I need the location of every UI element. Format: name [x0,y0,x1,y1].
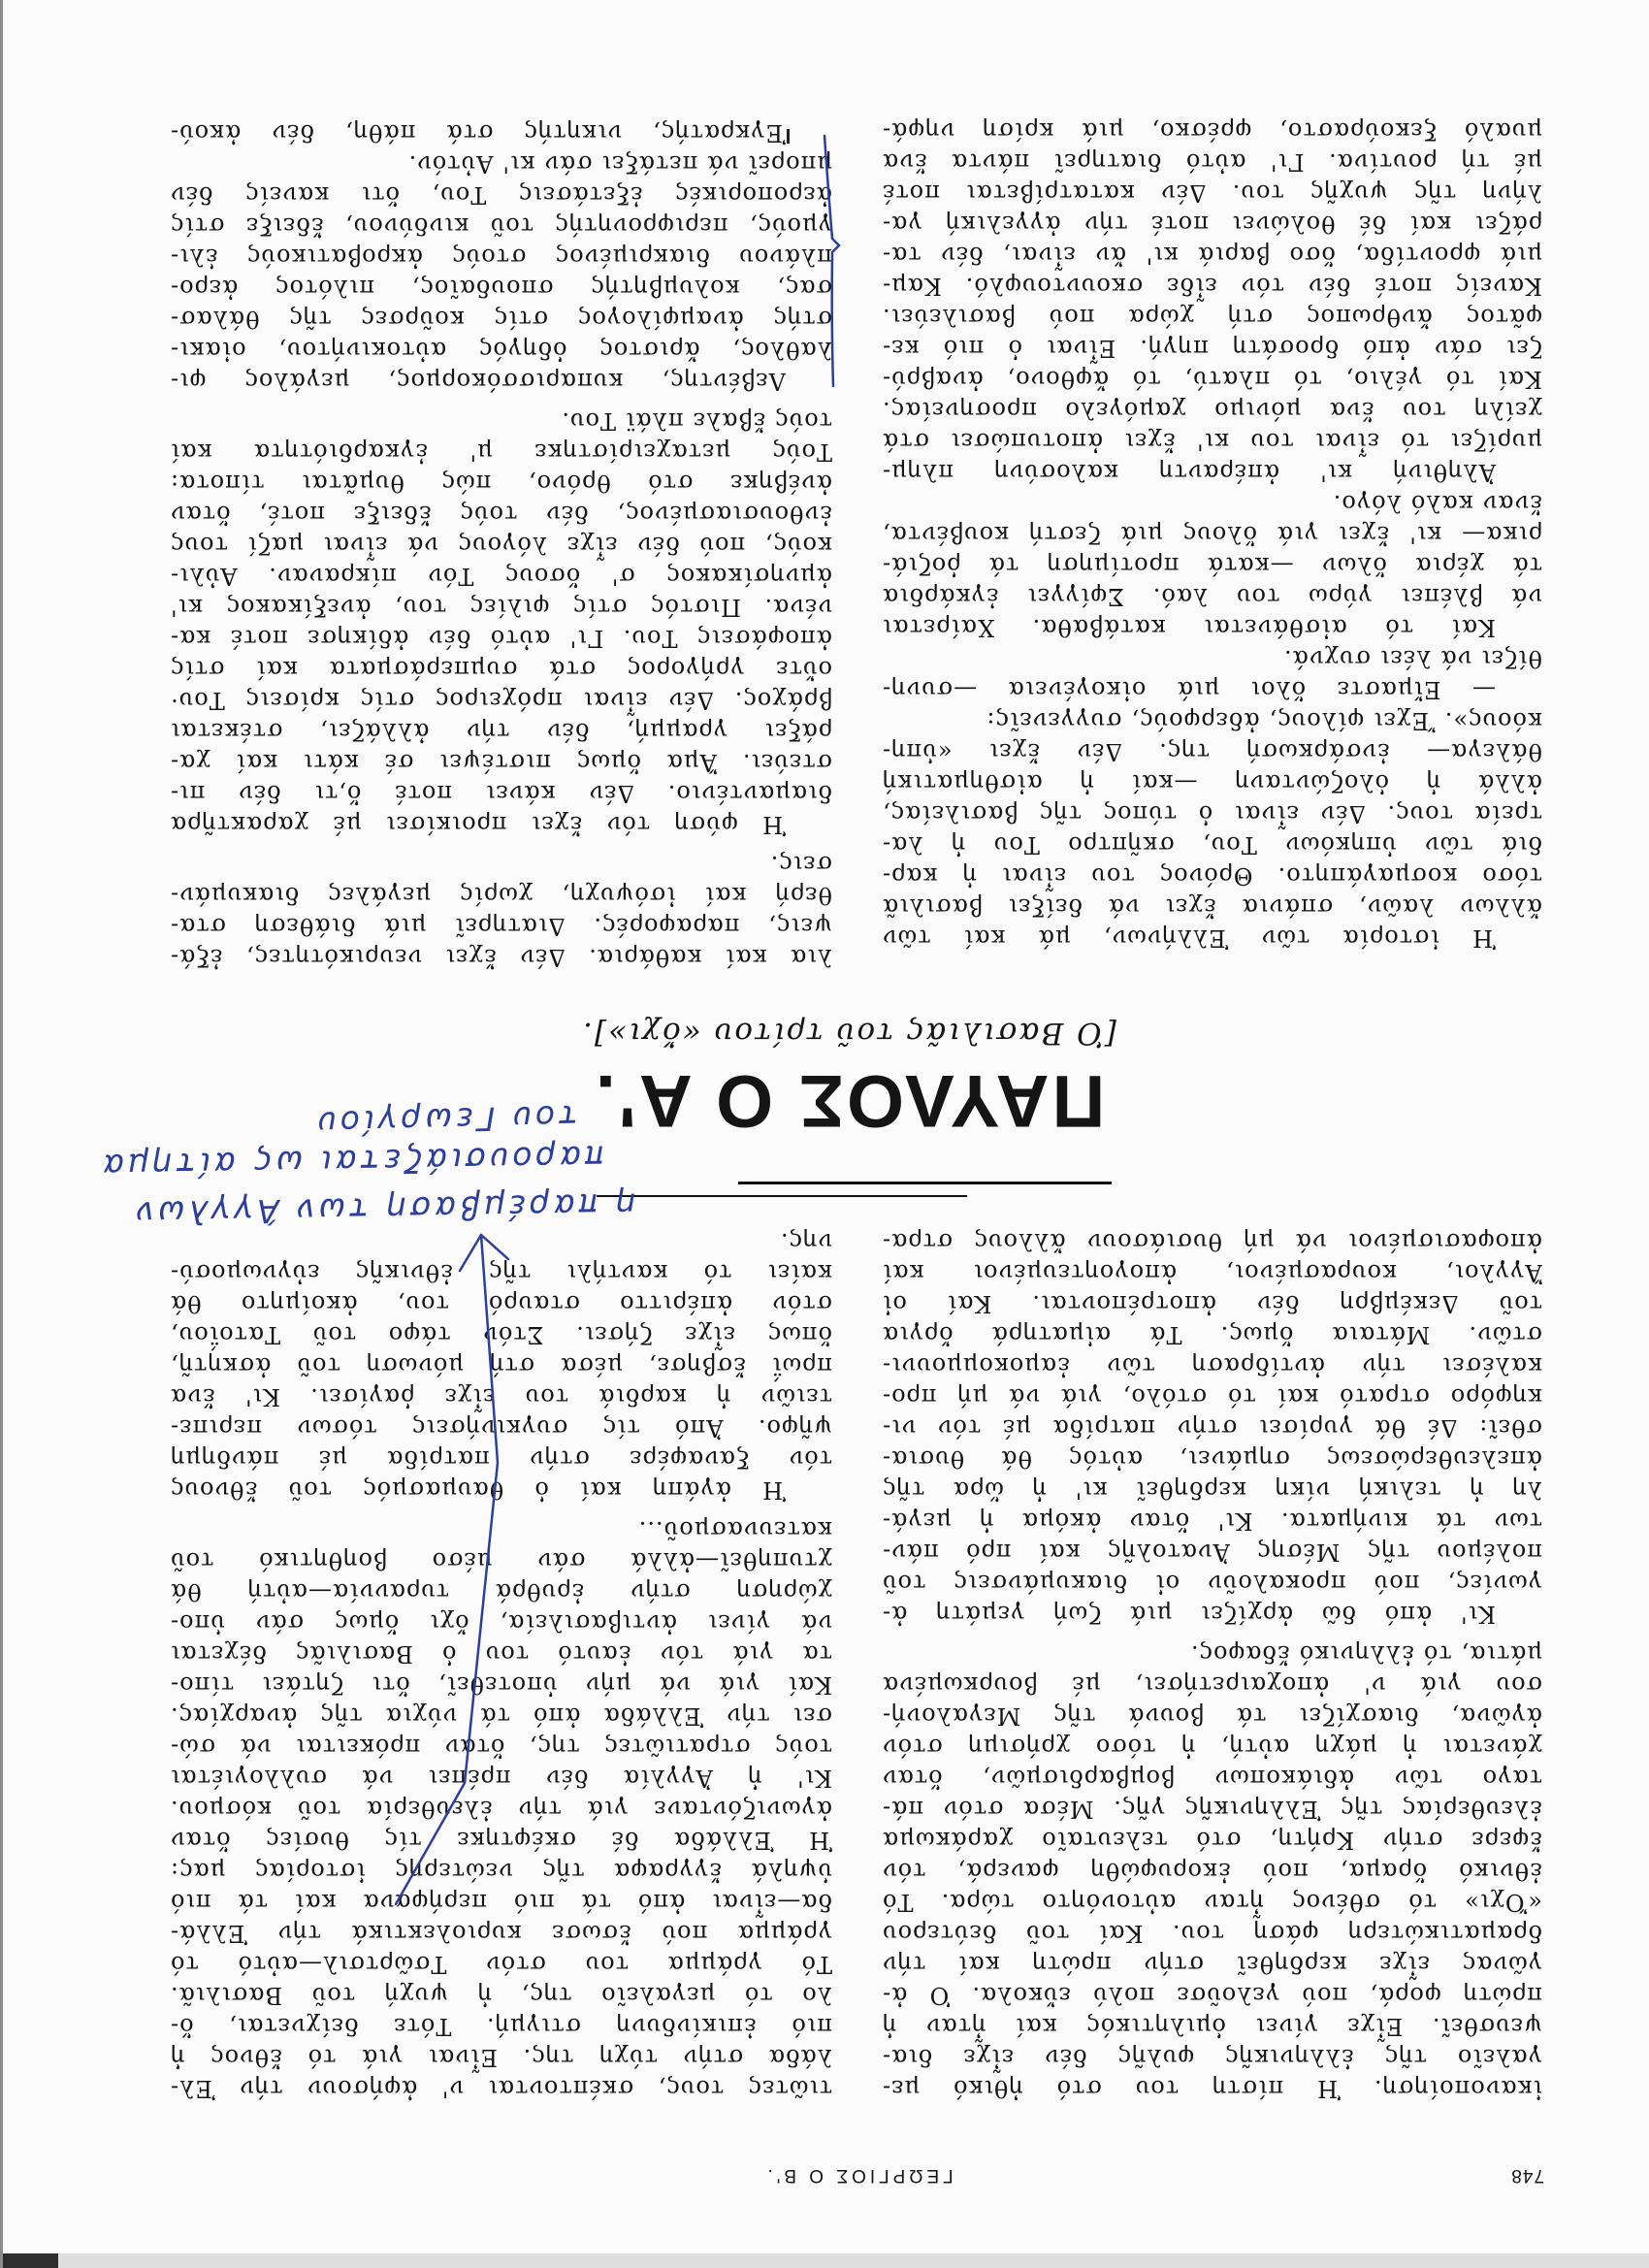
word: οὔτε [775,654,832,685]
text-line: οὔτεγρήγοροςστάσυμπεράσματακαίστίς [170,654,832,685]
word: ἀγωνιζόντανε [653,1794,832,1825]
word: ράζει [1474,209,1542,240]
word: ψευσθεῖ. [1432,2011,1542,2042]
word: ἀποφασισμένοι [1347,1226,1542,1257]
word: εἶναι [1234,798,1299,829]
word: λα- [882,829,923,860]
text-line: ἩἙλλάδαδέσκέφτηκετίςθυσίεςὅταν [170,1825,832,1856]
text-line: λήνητῆςψυχῆςτου.Δένκατατρίβεταιποτέ [882,178,1542,209]
word: Χαίρεται [882,612,994,643]
word: σθεῖ: [1478,1412,1542,1443]
word: ταγο [1482,1763,1542,1794]
word: ζει [1505,333,1542,364]
word: ἀποτρέπονται. [1031,1288,1216,1319]
word: Εἶχε [1346,2011,1403,2042]
word: ὁδηγός [478,335,567,366]
word: γιά [1277,519,1318,550]
word: φρέσκο, [1150,115,1251,146]
word: κοσμαγάπητο. [1277,860,1458,891]
word: καί [170,437,212,468]
word: νά [361,1763,393,1794]
word: τίπο- [170,1669,234,1701]
text-line: μυρίζειτόεἶναιτουκι'ἔχειἀποτυπώσειστά [882,426,1542,457]
text-line: σειτήνἙλλάδαἀπότάνύχιατῆςἀναρχίας. [170,1701,832,1732]
word: Ἑλλάδα [673,1825,773,1856]
word: συγκινήσεις [411,1412,567,1443]
text-line: Ἡἀγάπηκαίὁθαυμασμόςτοῦἔθνους [170,1474,832,1506]
word: Βασιλιᾶς [295,1638,413,1669]
word: μέ [1071,1669,1100,1701]
word: καί [1409,209,1452,240]
word: μ' [469,437,493,468]
word: κι' [170,592,203,623]
word: αὐτή, [1220,1732,1289,1763]
word: αὐτονόητο [1042,1887,1177,1918]
word: τυραννία—αὐτή [247,1576,449,1607]
word: τά [988,550,1018,581]
word: δεύτερου [882,1918,996,1949]
word: ἔφερε [1471,1825,1542,1856]
word: Κι' [1460,1599,1496,1630]
word: τῆς [320,1701,363,1732]
word: Κι' [1217,1506,1253,1537]
word: νά [706,148,738,179]
word: γιά [1420,1669,1462,1701]
word: πρόκειται [295,1732,420,1763]
word: Ἀληθινή [1392,457,1496,488]
word: ἀπέριττο [619,1288,732,1319]
word: ἀδιάκοπων [1213,1763,1354,1794]
word: φύση [674,809,738,840]
word: εἶναι, [1002,240,1076,271]
text-line: «Ὄχι»τόσθένοςἦταναὐτονόητοτώρα.Τό [882,1887,1542,1918]
word: Τούς [772,437,833,468]
word: δείχνεται, [228,2011,358,2042]
word: Γι' [1270,146,1305,178]
text-line: Λεβέντης,κυπαρισσόκορμος,μεγάλοςφι- [170,366,832,397]
word: Κρήτη, [1269,1825,1354,1856]
word: καί [882,1257,924,1288]
word: γίνει [707,1607,770,1638]
word: τύχη [598,2042,658,2073]
word: κόσμου. [170,1794,272,1825]
word: αἰσθάνεται [1203,612,1347,643]
word: τήν [277,1918,321,1949]
text-line: ΤόγράμματουστόνΤσῶρτσιλ—αὐτότό [170,1949,832,1980]
word: «ὑπη- [882,736,953,767]
word: ἀντίδραση [1191,1350,1325,1381]
word: αἰσθηματική [882,767,1043,798]
word: ἠθικό [953,2073,1023,2104]
word: κούς, [764,530,832,561]
word: ὅταν [444,1732,505,1763]
word: σ' [611,561,635,592]
word: ἐνσάρκωσή [1245,736,1390,767]
word: ἐγκάρδια [882,581,999,612]
word: μεταχειρίστηκε [533,437,730,468]
word: ἀμνησίκακος [665,561,832,592]
word: θά [1000,1443,1032,1474]
word: ἀρχίζει [1200,1599,1293,1630]
word: χείλη [1473,395,1542,426]
word: τῶν [1261,923,1309,954]
word: ἐξετάσεις [518,179,643,211]
text-line: τωντάκινήματα.Κι'ὅτανἀκόμαἡμεγά- [882,1506,1542,1537]
word: δέν [428,623,470,654]
word: τά [1236,1701,1266,1732]
word: ζήσει. [575,1319,652,1350]
word: ἀκόμα [1021,1506,1101,1537]
paragraph: Ἡἀγάπηκαίὁθαυμασμόςτοῦἔθνουςτόνξαναφέρεσ… [170,1226,832,1506]
word: ὅσους [504,561,580,592]
word: ἐθνικῆς [355,1257,453,1288]
word: συμπεράσματα [329,654,518,685]
word: μυαλό [1464,115,1542,146]
word: διασχίζει [1298,1701,1418,1732]
word: κα- [170,623,210,654]
word: του [525,1381,568,1412]
word: ἀναρχίας. [170,1701,297,1732]
word: γύρω [1308,581,1373,612]
text-line: πρώτηφορά,πούγελοῦσεπολύεὔκολα.Ὁἀ- [882,1980,1542,2011]
word: ἑλι- [170,242,218,273]
word: σάν [536,1545,585,1576]
word: διακριμένος [555,242,710,273]
text-line: Ἄγγλοι,κουρασμένοι,ἀπογοητευμένοικαί [882,1257,1542,1288]
word: τοῦ [490,211,533,242]
word: Ἄμα [666,747,717,778]
word: μιά [1177,674,1219,705]
word: προσηνείας. [882,395,1037,426]
word: στής [773,304,832,335]
word: πρώτη [1031,1949,1111,1980]
word: στιγμή. [486,2011,581,2042]
word: στά [548,654,596,685]
word: ἐλευθερία [366,1794,493,1825]
text-line: μυαλόξεκούραστο,φρέσκο,μιάκρίσηνηφά- [882,115,1542,146]
word: στρατιῶτες [603,1732,750,1763]
word: ἡ [979,1506,993,1537]
word: καί [1015,2011,1057,2042]
text-line: πολέμουτῆςΜέσηςἈνατολῆςκαίπρόπάν- [882,1537,1542,1568]
word: του [1236,581,1279,612]
word: τίς [384,1825,422,1856]
word: στίς [494,304,549,335]
word: εἶναι [322,530,387,561]
word: τόν [789,1443,832,1474]
word: δραματικώτερη [1347,1918,1542,1949]
word: Αὐτόν. [408,148,494,179]
word: κρίσεις [245,685,339,716]
word: τοῦ [1025,1918,1069,1949]
word: χα- [170,747,210,778]
text-line: στόνἀπέριττοσταυρότου,ἀκοίμητοθά [170,1288,832,1319]
word: ἀναμφίλογος [577,304,744,335]
word: ἀπελευθερώσεως [1326,1443,1542,1474]
word: ἦταν [925,2011,986,2042]
text-line: σθεῖ:Δέθάγυρίσειστήνπατρίδαμέτόννι- [882,1412,1542,1443]
word: χέρια [1414,550,1484,581]
word: ὅλοι [1250,674,1307,705]
text-line: Τούςμεταχειρίστηκεμ'ἐγκαρδιότητακαί [170,437,832,468]
text-line: μπορεῖνάπετάξεισάνκι'Αὐτόν. [170,148,832,179]
word: ὄχι [429,1607,469,1638]
word: ἀποχαιρετήσει, [1135,1669,1330,1701]
word: ἀγῶνα, [1450,1701,1542,1732]
word: πού [1049,302,1095,333]
word: ἡ [962,860,977,891]
text-line: δα—εἶναιἀπότάπιόπερήφανακαίτάπιό [170,1887,832,1918]
word: Εἴμαστε [1337,674,1441,705]
word: ὁ [533,1474,548,1506]
text-line: βράχος.ΔένεἶναιπρόχειροςστίςκρίσειςΤου· [170,685,832,716]
word: στόν [771,1288,832,1319]
word: Ἡ [761,809,786,840]
word: στόν [485,1949,546,1980]
word: σθένος [1291,1887,1380,1918]
word: σταυρό [488,1288,580,1319]
word: μόνιμο [1213,395,1301,426]
text-line: ζεισάνἀπόδροσάτηπηγή.Εἶναιὁπιόκε- [882,333,1542,364]
word: Κι' [796,1763,832,1794]
word: πίστη [1212,2073,1283,2104]
word: ἔσβησε, [648,1350,746,1381]
word: θρόνο, [528,468,611,499]
word: νά [1295,1226,1327,1257]
word: θυσιάσουν [1086,1226,1222,1257]
word: ἀπογοητευμένοι [973,1257,1177,1288]
word: ὑπηκόων [1284,829,1396,860]
word: ὥρα [953,1474,1004,1506]
word: στά [446,117,494,148]
word: εἶχε [684,1319,735,1350]
word: κάτι [303,747,359,778]
word: λαό. [1152,581,1209,612]
word: θάλασ- [170,304,260,335]
word: διακυμάνσεις [953,1568,1127,1599]
word: νά [406,530,438,561]
word: τήν [1083,209,1127,240]
word: ὁ [441,1638,456,1669]
word: ξαναφέρε [629,1443,749,1474]
word: τό [1227,1381,1256,1412]
word: τόν [606,809,650,840]
word: γίνει [1255,2011,1318,2042]
word: δέν [238,778,280,809]
word: τῆς [1052,1701,1095,1732]
word: γῆς. [1113,1794,1165,1825]
word: θολώνει [1232,209,1336,240]
word: Καί [947,1288,992,1319]
word: ἡ [1032,1474,1047,1506]
word: λόγους [458,530,547,561]
text-line: θάλεγα—ἐνσάρκωσήτης.Δένἔχει«ὑπη- [882,736,1542,767]
text-line: τάχέριαὅλων—κατάπροτίμησητάῥοζιά- [882,550,1542,581]
word: νεώτερης [394,1856,512,1887]
word: Καί [1497,364,1542,395]
word: πιό [943,333,985,364]
word: τῆς [1340,1794,1382,1825]
word: Θρόνος [1159,860,1253,891]
page-number: 748 [1510,2166,1544,2185]
word: ὅλους [1182,519,1257,550]
word: Σφίγγει [1026,581,1124,612]
word: καί [963,923,1006,954]
word: ῥαγίσει. [309,1381,414,1412]
word: ἄφθονο, [1007,364,1110,395]
word: κρίση [982,115,1053,146]
text-line: ἩἱστορίατῶνἙλλήνων,μάκαίτῶν [882,923,1542,954]
word: στρατό [1339,1381,1430,1412]
word: τοῦ [296,1350,339,1381]
word: ἀφήσουν [307,2073,417,2104]
word: Καί [1098,1918,1144,1949]
word: τοῦ [312,1319,356,1350]
word: διατηρεῖ [1053,146,1162,178]
word: θυμᾶται [301,468,404,499]
word: Ἀπό [674,1412,724,1443]
word: ἑλληνικῆς [1224,2042,1354,2073]
word: ὑψηλά [751,1856,832,1887]
text-line: στῶν.Μάταιαὅμως.Τάαἱματηράὄργια [882,1319,1542,1350]
word: ἕνα [1329,395,1374,426]
word: ἔχει [988,736,1040,767]
word: τά [581,1887,611,1918]
word: ἡ [1180,1732,1195,1763]
word: τῆς [1413,178,1456,209]
word: αὐτό [1185,146,1246,178]
word: σέ [384,747,414,778]
word: ἀνέβηκε [729,468,832,499]
word: πού [1262,1856,1309,1887]
word: στήν [630,1576,691,1607]
word: ἡ [716,1381,730,1412]
word: της. [1158,736,1210,767]
word: ἀ- [882,1599,907,1630]
paragraph: Ἀληθινήκι'ἀπέραντηκαλοσύνηπλημ-μυρίζειτό… [882,115,1542,488]
text-line: γμούς,περιφρονητήςτοῦκινδύνου,ἔδειξεστίς [170,211,832,242]
word: Καί [1450,612,1496,643]
text-line: λάδαστήντύχητης.Εἶναιγιάτόἔθνοςἡ [170,2042,832,2073]
paragraph: —Εἴμαστεὅλοιμιάοἰκογένεια—συνη-θίζεινάλέ… [882,643,1542,705]
word: τώρα. [941,1887,1015,1918]
word: Ἡ [1316,2073,1341,2104]
word: σκουντουφλό. [965,271,1143,302]
word: τήν [518,1794,562,1825]
word: πλημ- [882,457,954,488]
word: κι' [1075,1474,1108,1506]
text-line: ἐλευθερίαςτῆςἙλληνικῆςγῆς.Μέσαστόνπά- [882,1794,1542,1825]
word: στίς [360,685,415,716]
text-line: σεις. [170,849,832,880]
word: τούς [460,499,518,530]
word: στόν [943,1794,1004,1825]
text-line: ἀποφάσειςΤου.Γι'αὐτόδένἀδίκησεποτέκα- [170,623,832,654]
scan-corner-shadow [0,2253,58,2268]
word: κανείς [244,179,329,211]
word: τῆς [488,1257,531,1288]
text-line: μιάφροντίδα,ὅσοβαριάκι'ἄνεἶναι,δέντα- [882,240,1542,271]
word: ἀντιβασιλεία, [500,1607,677,1638]
word: σκέφτηκε [456,1825,576,1856]
word: πιό [513,1887,555,1918]
text-line: ράξειγραμμή,δέντήνἀλλάζει,στέκεται [170,716,832,747]
word: του [585,1949,629,1980]
word: πού [1374,1568,1420,1599]
word: ἀναβρύ- [882,364,984,395]
word: τό [1384,612,1413,643]
word: στήν [683,2042,744,2073]
word: Τό [882,1887,913,1918]
word: ῥοζιά- [882,550,960,581]
word: τά [479,1701,509,1732]
word: τιῶτες [748,2073,832,2104]
word: πρώτη [1463,1980,1542,2011]
divider-rule [597,1195,967,1197]
word: ψυχή [384,1980,448,2011]
word: πάθη, [344,117,415,148]
word: ἀπό [1384,1599,1432,1630]
word: λάδα [768,2042,832,2073]
word: μάτια, [1461,1638,1542,1669]
word: θά [170,1288,202,1319]
word: ἡ [1469,1474,1483,1506]
word: γρήγορος [627,654,745,685]
word: καντήλι [566,1257,667,1288]
word: Δέ [1427,1412,1458,1443]
word: ὅταν [1129,1506,1190,1537]
word: τόν [1241,271,1284,302]
word: τό [170,1949,199,1980]
word: δέν [636,530,679,561]
text-line: στεύει.Ἄμαὅμωςπιστέψεισέκάτικαίχα- [170,747,832,778]
word: συλλογιέται [170,1763,327,1794]
word: δέν [271,117,313,148]
word: τό [1445,364,1474,395]
word: ἀποτυπώσει [950,426,1103,457]
word: φάση [1253,1918,1319,1949]
word: τῆς [882,1474,924,1506]
word: νύχια [385,1701,457,1732]
word: ὅμως. [1220,1319,1294,1350]
word: τῆς [541,1856,584,1887]
word: πετάξει [601,148,698,179]
word: μπορεῖ [747,148,832,179]
word: μέ [333,809,362,840]
word: δέν [1308,271,1350,302]
word: γιά [361,2042,403,2073]
text-line: ψευσθεῖ.Εἶχεγίνειὁμιλητικόςκαίἦτανἡ [882,2011,1542,2042]
word: ἡ [747,1763,761,1794]
word: θά [170,1576,202,1607]
word: μέ [1513,146,1542,178]
word: περιφρονητής [554,211,727,242]
word: γιά [587,1794,629,1825]
word: δέν [1256,1288,1299,1319]
word: καί [1277,1381,1319,1412]
text-line: διαμαντένιο.Δένκάνειποτέὅ,τιδένπι- [170,778,832,809]
text-line: Καίγιάνάμήνὑποτεθεῖ,ὅτιζητάειτίπο- [170,1669,832,1701]
paragraph: ἩἱστορίατῶνἙλλήνων,μάκαίτῶνἄλλωνλαῶν,σπά… [882,705,1542,954]
text-line: τούςἔβαλεπλάϊΤου. [170,405,832,437]
text-line: μέτήρουτίνα.Γι'αὐτόδιατηρεῖπάνταἕνα [882,146,1542,178]
word: ἱστορίας [254,1856,366,1887]
word: του [1135,2073,1179,2104]
word: ἀδερφούς, [1130,705,1259,736]
word: χάνεται [1441,1732,1542,1763]
paragraph: τιῶτεςτους,σκέπτονταιν'ἀφήσουντήνἘλ-λάδα… [170,1514,832,2104]
text-line: ἀποφασισμένοινάμήθυσιάσουνἄλλουςστρα- [882,1226,1542,1257]
